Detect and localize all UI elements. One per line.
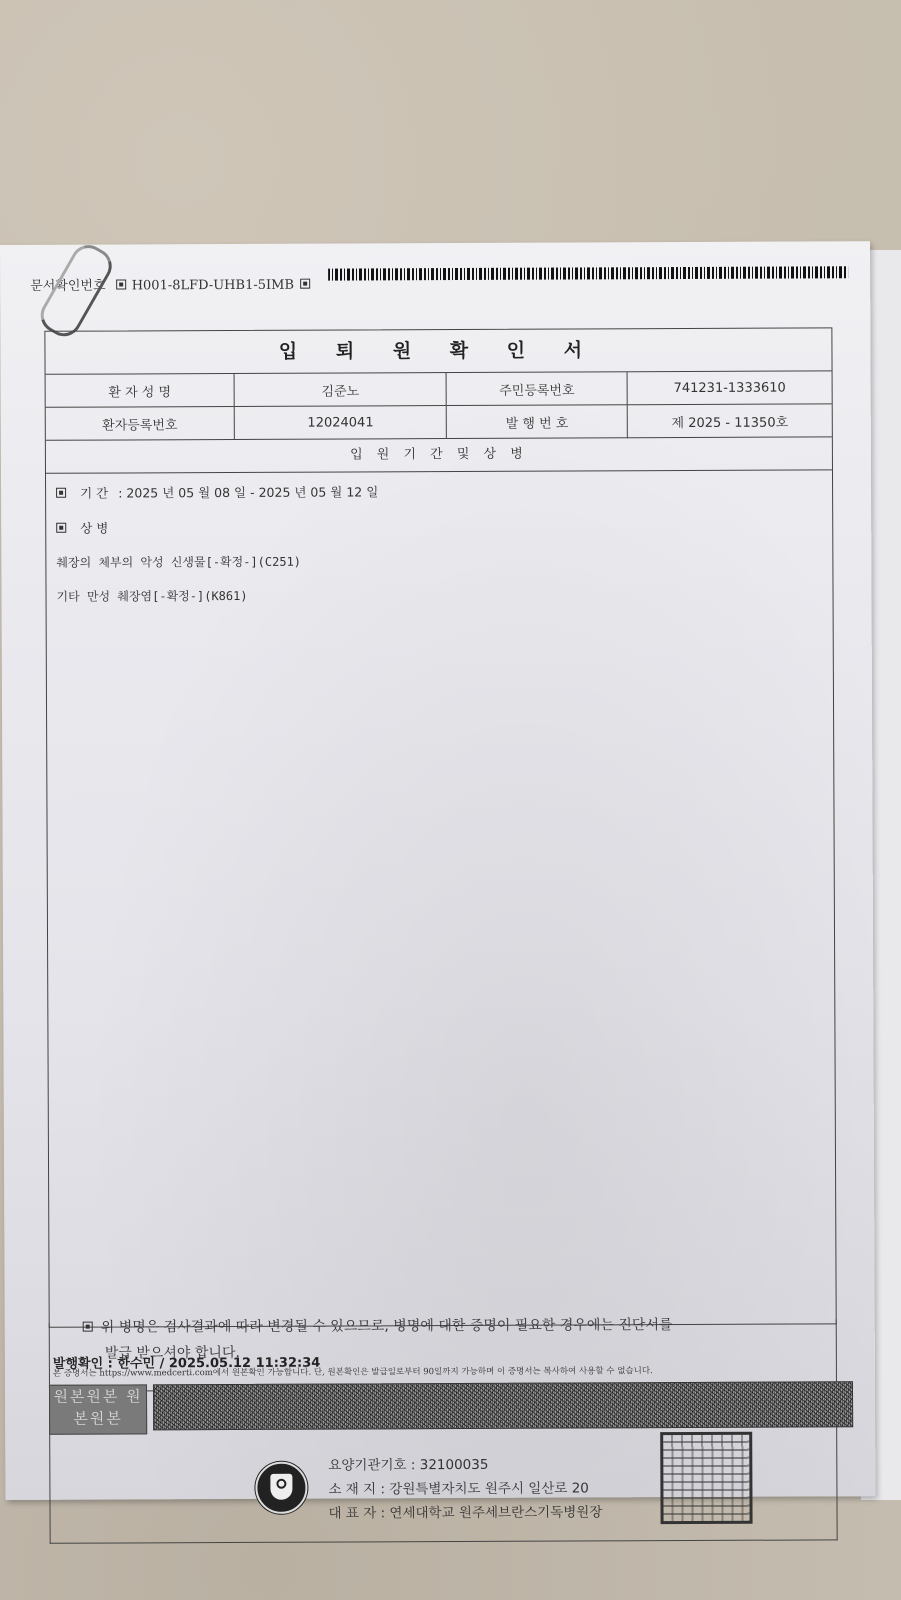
issue-no: 제 2025 - 11350호 — [627, 404, 832, 438]
patient-reg-label: 환자등록번호 — [46, 406, 235, 440]
address-row: 소 재 지 : 강원특별자치도 원주시 일산로 20 — [328, 1476, 589, 1497]
resident-id: 741231-1333610 — [627, 371, 832, 404]
certificate-form: 입 퇴 원 확 인 서 환 자 성 명 김준노 주민등록번호 741231-13… — [44, 327, 836, 1327]
square-bullet-icon — [56, 488, 66, 498]
square-bullet-icon — [300, 279, 310, 289]
institution-code: : 32100035 — [411, 1457, 489, 1473]
address-label: 소 재 지 — [328, 1481, 376, 1497]
period-value: : 2025 년 05 월 08 일 - 2025 년 05 월 12 일 — [118, 484, 378, 500]
original-mark: 원본원본 원본원본 — [49, 1384, 147, 1434]
notice-line-1: 위 병명은 검사결과에 따라 변경될 수 있으므로, 병명에 대한 증명이 필요… — [101, 1317, 673, 1335]
diagnosis-label: 상 병 — [80, 521, 108, 536]
address: : 강원특별자치도 원주시 일산로 20 — [380, 1480, 589, 1497]
patient-reg-no: 12024041 — [234, 406, 446, 440]
patient-info-table: 환 자 성 명 김준노 주민등록번호 741231-1333610 환자등록번호… — [46, 371, 832, 440]
representative-row: 대 표 자 : 연세대학교 원주세브란스기독병원장 — [328, 1500, 602, 1521]
resident-id-label: 주민등록번호 — [446, 372, 627, 405]
anti-copy-pattern — [153, 1381, 853, 1430]
patient-name-label: 환 자 성 명 — [46, 374, 235, 407]
barcode — [328, 266, 848, 280]
diagnosis-item: 기타 만성 췌장염[-확정-](K861) — [56, 584, 822, 604]
diagnosis-item: 췌장의 체부의 악성 신생물[-확정-](C251) — [56, 550, 822, 570]
period-row: 기 간: 2025 년 05 월 08 일 - 2025 년 05 월 12 일 — [56, 480, 822, 501]
issue-no-label: 발 행 번 호 — [447, 405, 628, 439]
representative-label: 대 표 자 — [329, 1505, 377, 1521]
square-bullet-icon — [116, 279, 126, 289]
yonsei-university-logo — [255, 1462, 307, 1514]
square-bullet-icon — [83, 1322, 93, 1332]
section-title: 입 원 기 간 및 상 병 — [46, 437, 832, 473]
official-seal-stamp — [660, 1432, 752, 1524]
doc-confirm-number: H001-8LFD-UHB1-5IMB — [132, 278, 294, 294]
institution-code-row: 요양기관기호 : 32100035 — [328, 1453, 488, 1474]
patient-name: 김준노 — [234, 373, 446, 406]
admission-details: 기 간: 2025 년 05 월 08 일 - 2025 년 05 월 12 일… — [46, 470, 833, 631]
period-label: 기 간 — [80, 486, 108, 501]
diagnosis-row: 상 병 — [56, 515, 822, 536]
certificate-paper: 문서확인번호 H001-8LFD-UHB1-5IMB 입 퇴 원 확 인 서 환… — [0, 241, 875, 1500]
representative: : 연세대학교 원주세브란스기독병원장 — [381, 1504, 603, 1521]
document-title: 입 퇴 원 확 인 서 — [45, 328, 831, 374]
institution-code-label: 요양기관기호 — [328, 1457, 406, 1473]
square-bullet-icon — [56, 523, 66, 533]
